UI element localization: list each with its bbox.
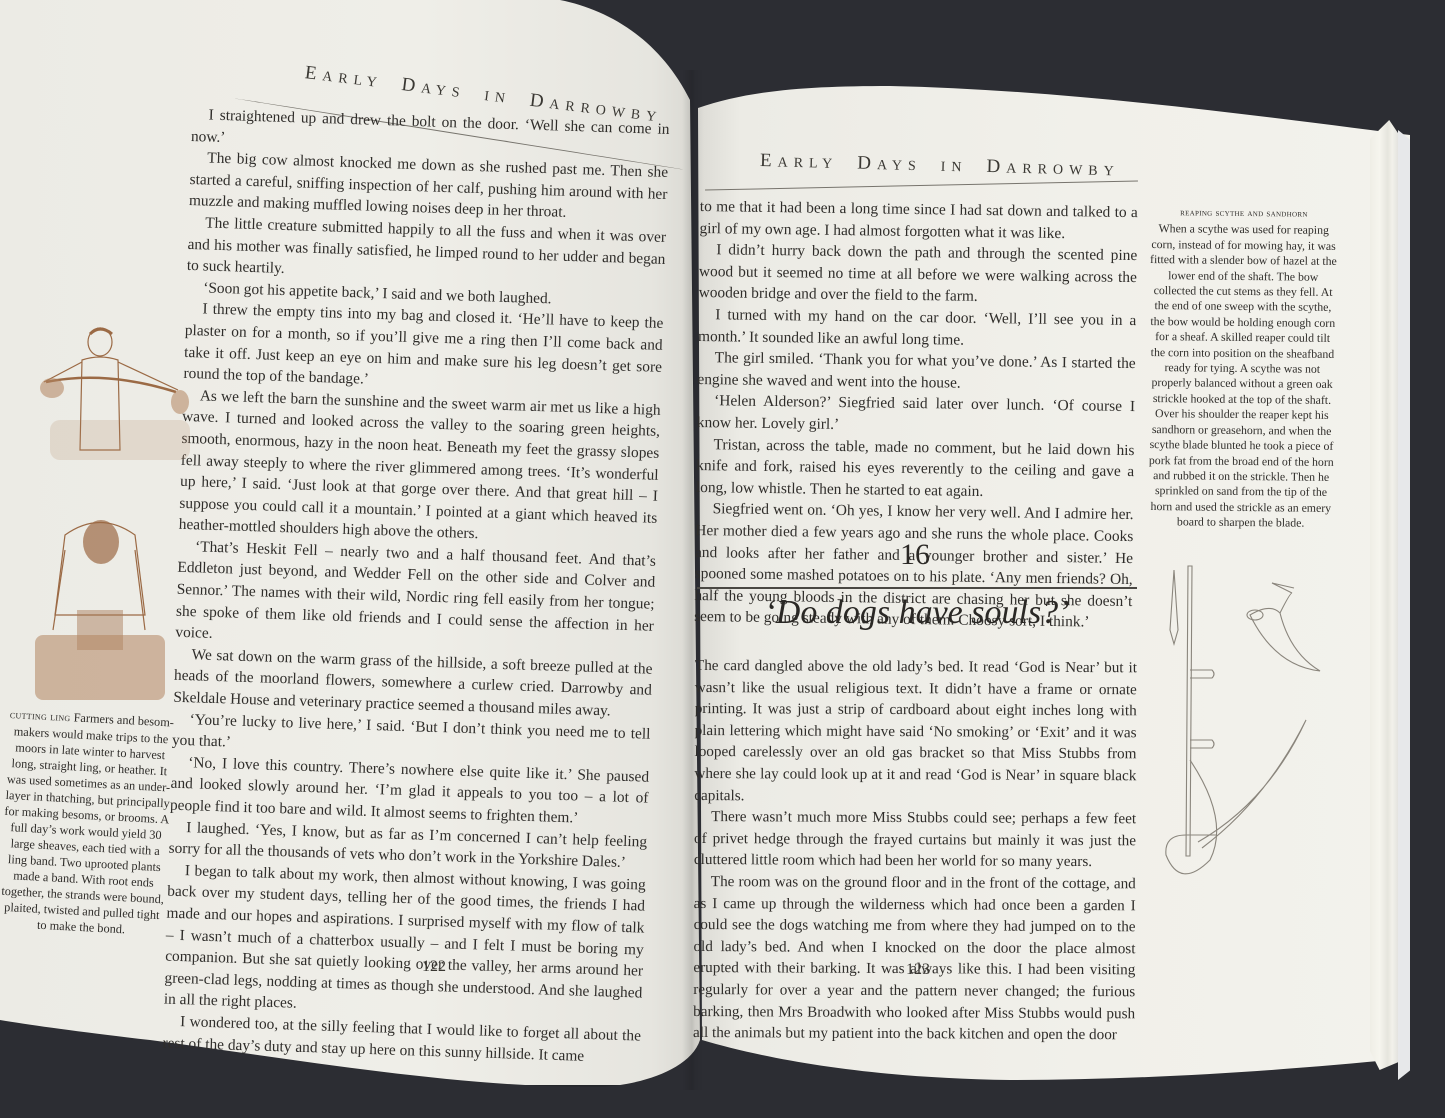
paragraph: Tristan, across the table, made no comme… xyxy=(696,434,1135,505)
page-number-right: 123 xyxy=(906,961,930,979)
paragraph: As we left the barn the sunshine and the… xyxy=(178,385,661,551)
paragraph: ‘That’s Heskit Fell – nearly two and a h… xyxy=(175,536,656,659)
illustration-man-twisting-ling-band xyxy=(22,320,192,470)
paragraph: ‘Helen Alderson?’ Siegfried said later o… xyxy=(697,390,1136,439)
paragraph: I threw the empty tins into my bag and c… xyxy=(183,298,663,399)
caption-reaping-scythe: Reaping scythe and sandhorn When a scyth… xyxy=(1145,205,1340,532)
caption-cutting-ling: Cutting ling Farmers and besom-makers wo… xyxy=(0,706,175,939)
paragraph: I didn’t hurry back down the path and th… xyxy=(698,239,1137,310)
paragraph: The card dangled above the old lady’s be… xyxy=(694,655,1137,808)
caption-text: Farmers and besom-makers would make trip… xyxy=(1,710,174,936)
caption-title: Reaping scythe and sandhorn xyxy=(1148,205,1340,222)
paragraph: I began to talk about my work, then almo… xyxy=(164,859,647,1025)
chapter-body: The card dangled above the old lady’s be… xyxy=(693,655,1137,1046)
book-cover-edge xyxy=(1398,130,1410,1080)
paragraph: There wasn’t much more Miss Stubbs could… xyxy=(694,806,1136,873)
chapter-rule xyxy=(697,587,1137,589)
paragraph: I turned with my hand on the car door. ‘… xyxy=(698,304,1137,353)
page-edges xyxy=(1370,120,1402,1070)
caption-title: Cutting ling xyxy=(10,709,71,724)
paragraph: The room was on the ground floor and in … xyxy=(693,871,1136,1046)
page-number-left: 122 xyxy=(422,958,446,976)
illustration-man-kneeling-over-ling-sheaf xyxy=(25,510,175,705)
caption-text: When a scythe was used for reaping corn,… xyxy=(1149,222,1337,530)
illustration-scythe-and-sandhorn xyxy=(1150,560,1350,900)
chapter-number: 16 xyxy=(880,538,950,572)
paragraph: to me that it had been a long time since… xyxy=(699,196,1138,245)
paragraph: The girl smiled. ‘Thank you for what you… xyxy=(697,347,1136,396)
chapter-title: ‘Do dogs have souls?’ xyxy=(697,594,1137,632)
left-page-body: I straightened up and drew the bolt on t… xyxy=(162,104,670,1069)
